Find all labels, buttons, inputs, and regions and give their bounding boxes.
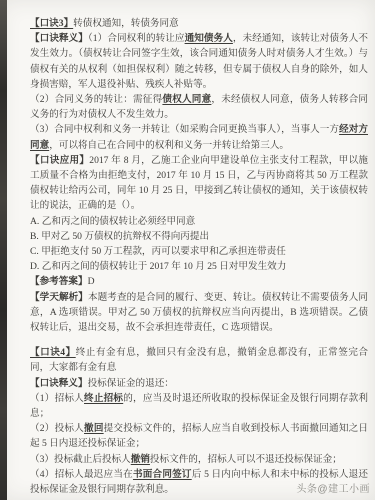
- text-run: （3）合同中权利和义务一并转让（如采购合同更换当事人），当事人一方: [30, 124, 339, 135]
- emphasis-underline-run: 债权人同意: [162, 94, 211, 105]
- emphasis-underline-run: 书面合同签订: [133, 469, 192, 480]
- paragraph: （2）合同义务的转让：需征得债权人同意，未经债权人同意，债务人转移合同义务的行为…: [30, 92, 368, 122]
- section-koujue-4-bid-bond-refund: 【口诀4】终止有金有息，撤回只有金没有息，撤销金息都没有，正常签完合同，大家都有…: [30, 345, 368, 497]
- text-run: C. 甲拒绝支付 50 万工程款，丙可以要求甲和乙承担连带责任: [30, 246, 286, 257]
- paragraph: 【参考答案】D: [30, 274, 368, 289]
- bold-label-run: 【学天解析】: [30, 292, 88, 303]
- emphasis-underline-run: 通知债务人: [185, 33, 233, 44]
- paragraph: 【口诀释义】投标保证金的退还：: [30, 376, 368, 391]
- emphasis-underline-run: 终止招标: [84, 393, 123, 404]
- paragraph: 【口诀应用】2017 年 8 月，乙施工企业向甲建设单位主张支付工程款，甲以施工…: [30, 153, 368, 214]
- bold-label-run: 【口诀释义】: [30, 33, 88, 44]
- document-body: 【口诀3】转债权通知，转债务同意【口诀释义】（1）合同权利的转让应通知债务人，未…: [30, 16, 368, 497]
- text-run: （1）招标人: [30, 393, 84, 404]
- text-run: D: [88, 276, 95, 287]
- text-run: （1）合同权利的转让应: [88, 33, 185, 44]
- document-page: 【口诀3】转债权通知，转债务同意【口诀释义】（1）合同权利的转让应通知债务人，未…: [0, 0, 375, 500]
- paragraph: 【口诀释义】（1）合同权利的转让应通知债务人，未经通知，该转让对债务人不发生效力…: [30, 31, 368, 92]
- emphasis-underline-run: 撤回: [84, 423, 104, 434]
- watermark: 头条@建工小画: [296, 480, 370, 495]
- paragraph: （1）招标人终止招标的，应当及时退还所收取的投标保证金及银行同期存款利息；: [30, 391, 368, 421]
- paragraph: （3）合同中权利和义务一并转让（如采购合同更换当事人），当事人一方经对方同意，可…: [30, 122, 368, 152]
- emphasis-underline-run: 【口诀4】: [30, 347, 76, 358]
- emphasis-underline-run: 【口诀3】: [30, 18, 73, 29]
- section-koujue-3-creditor-rights-transfer: 【口诀3】转债权通知，转债务同意【口诀释义】（1）合同权利的转让应通知债务人，未…: [30, 16, 368, 335]
- text-run: 投标文件的，招标人可以不退还投标保证金；: [150, 454, 342, 465]
- paragraph: （2）投标人撤回提交投标文件的，招标人应当自收到投标人书面撤回通知之日起 5 日…: [30, 421, 368, 451]
- text-run: 投标保证金的退还：: [88, 378, 174, 389]
- text-run: 终止有金有息，撤回只有金没有息，撤销金息都没有，正常签完合同，大家都有金有息: [30, 347, 368, 373]
- text-run: D. 乙和丙之间的债权转让于 2017 年 10 月 25 日对甲发生效力: [30, 261, 286, 272]
- text-run: ，可以将自己在合同中的权利和义务一并转让给第三人。: [49, 140, 289, 151]
- paragraph: C. 甲拒绝支付 50 万工程款，丙可以要求甲和乙承担连带责任: [30, 244, 368, 259]
- paragraph: B. 甲对乙 50 万债权的抗辩权不得向丙提出: [30, 229, 368, 244]
- paragraph: 【学天解析】本题考查的是合同的履行、变更、转让。债权转让不需要债务人同意，A 选…: [30, 290, 368, 336]
- bold-label-run: 【口诀应用】: [30, 155, 89, 166]
- paragraph: A. 乙和丙之间的债权转让必须经甲同意: [30, 214, 368, 229]
- text-run: （4）招标人最迟应当在: [30, 469, 133, 480]
- text-run: 转债权通知，转债务同意: [73, 18, 179, 29]
- emphasis-underline-run: 撤销: [131, 454, 150, 465]
- page-left-edge-shadow: [0, 0, 7, 500]
- paragraph: 【口诀3】转债权通知，转债务同意: [30, 16, 368, 31]
- paragraph: （3）投标截止后投标人撤销投标文件的，招标人可以不退还投标保证金；: [30, 452, 368, 467]
- paragraph: 【口诀4】终止有金有息，撤回只有金没有息，撤销金息都没有，正常签完合同，大家都有…: [30, 345, 368, 375]
- text-run: B. 甲对乙 50 万债权的抗辩权不得向丙提出: [30, 231, 209, 242]
- bold-label-run: 【参考答案】: [30, 276, 88, 287]
- paragraph: D. 乙和丙之间的债权转让于 2017 年 10 月 25 日对甲发生效力: [30, 259, 368, 274]
- text-run: （3）投标截止后投标人: [30, 454, 131, 465]
- text-run: （2）投标人: [30, 423, 84, 434]
- text-run: （2）合同义务的转让：需征得: [30, 94, 162, 105]
- text-run: A. 乙和丙之间的债权转让必须经甲同意: [30, 216, 195, 227]
- bold-label-run: 【口诀释义】: [30, 378, 88, 389]
